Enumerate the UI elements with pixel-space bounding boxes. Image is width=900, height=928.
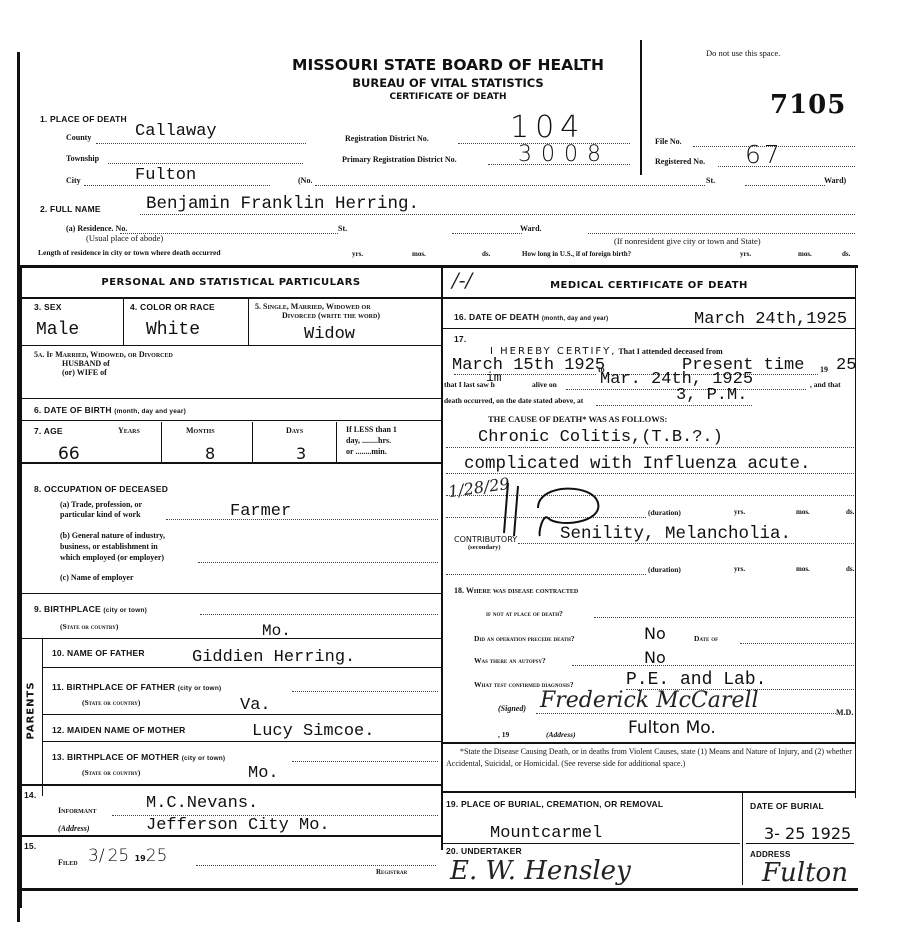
- occ-a-label-1: (a) Trade, profession, or: [60, 500, 142, 509]
- age-months-value: 8: [205, 444, 215, 463]
- row10-bottom: [43, 667, 441, 668]
- filed-num: 15.: [24, 841, 36, 851]
- row9-bottom: [20, 638, 441, 639]
- attended-from-value: March 15th 1925: [452, 356, 605, 375]
- father-state-label: (State or country): [82, 698, 140, 707]
- race-value: White: [146, 320, 200, 340]
- race-label: 4. COLOR OR RACE: [130, 302, 215, 312]
- duration-ds-1: ds.: [846, 508, 854, 516]
- primary-registration-value: 3008: [518, 142, 610, 167]
- death-occurred-label: death occurred, on the date stated above…: [444, 396, 583, 405]
- full-name-value: Benjamin Franklin Herring.: [146, 194, 419, 214]
- residence-st-label: St.: [338, 224, 347, 233]
- occupation-value: Farmer: [230, 502, 291, 521]
- md-label: M.D.: [836, 708, 853, 717]
- header-divider: [640, 40, 642, 175]
- months-days-divider: [252, 422, 253, 462]
- occ-c-label: (c) Name of employer: [60, 573, 134, 582]
- dod-sub-label: (month, day and year): [542, 316, 609, 322]
- form-subtitle: BUREAU OF VITAL STATISTICS: [262, 76, 634, 90]
- birthplace-label-text: 9. BIRTHPLACE: [34, 604, 101, 614]
- filed-date: 3/25 1925: [88, 846, 167, 866]
- us-yrs-label: yrs.: [740, 250, 751, 258]
- secondary-label: (secondary): [468, 544, 501, 551]
- father-birthplace-text: 11. BIRTHPLACE OF FATHER: [52, 682, 175, 692]
- burial-place-underline: [443, 843, 740, 844]
- city-line: [84, 185, 270, 186]
- q18-line: [594, 617, 854, 618]
- county-value: Callaway: [135, 122, 217, 141]
- row11-bottom: [43, 714, 441, 715]
- father-city-sub: (city or town): [178, 685, 222, 692]
- sex-label: 3. SEX: [34, 302, 62, 312]
- registered-no-label: Registered No.: [655, 157, 705, 166]
- mother-name-label: 12. MAIDEN NAME OF MOTHER: [52, 725, 185, 735]
- physician-signature: Frederick McCarell: [540, 688, 759, 713]
- duration-yrs-2: yrs.: [734, 565, 745, 573]
- form-name: CERTIFICATE OF DEATH: [262, 92, 634, 102]
- autopsy-label: Was there an autopsy?: [474, 656, 546, 665]
- age-years-value: 66: [58, 444, 80, 464]
- burial-place-value: Mountcarmel: [490, 824, 602, 843]
- spouse-label-3: (or) WIFE of: [62, 368, 107, 377]
- spouse-label-2: HUSBAND of: [62, 359, 110, 368]
- mother-city-line: [292, 761, 438, 762]
- autopsy-line: [572, 665, 854, 666]
- county-label: County: [66, 133, 91, 142]
- sex-race-divider: [123, 299, 124, 345]
- spouse-label-1: 5a. If Married, Widowed, or Divorced: [34, 350, 173, 359]
- and-that-label: , and that: [810, 380, 841, 389]
- dob-label-text: 6. DATE OF BIRTH: [34, 405, 112, 415]
- personal-section-title: PERSONAL AND STATISTICAL PARTICULARS: [22, 277, 440, 288]
- row7-bottom: [20, 462, 441, 464]
- duration-label-1: (duration): [648, 508, 681, 517]
- township-label: Township: [66, 154, 99, 163]
- residence-ward-label: Ward.: [520, 224, 542, 233]
- attended-text: That I attended deceased from: [618, 347, 722, 356]
- birthplace-state-label: (State or country): [60, 622, 118, 631]
- marital-label-1: 5. Single, Married, Widowed or: [255, 302, 371, 311]
- date-of-line: [740, 643, 854, 644]
- occ-a-label-2: particular kind of work: [60, 510, 141, 519]
- father-name-value: Giddien Herring.: [192, 648, 355, 667]
- cause-2-value: complicated with Influenza acute.: [464, 454, 811, 474]
- us-ds-label: ds.: [842, 250, 850, 258]
- signature-block-bottom: [443, 742, 856, 744]
- date-of-label: Date of: [694, 634, 718, 643]
- city-value: Fulton: [135, 166, 196, 185]
- burial-divider: [742, 793, 743, 885]
- street-no-line: [315, 185, 705, 186]
- undertaker-address-value: Fulton: [762, 858, 848, 888]
- informant-num: 14.: [24, 790, 36, 800]
- place-of-death-label: 1. PLACE OF DEATH: [40, 114, 127, 124]
- row5a-bottom: [20, 398, 441, 399]
- less-than-label-1: If LESS than 1: [346, 425, 397, 434]
- right-column-right-border: [855, 268, 856, 798]
- full-name-label: 2. FULL NAME: [40, 204, 101, 214]
- burial-date-value: 3- 25 1925: [764, 824, 851, 843]
- county-line: [96, 143, 306, 144]
- dob-sub-label: (month, day and year): [114, 408, 186, 415]
- year-19-signed-label: , 19: [498, 730, 509, 739]
- st-label: St.: [706, 176, 715, 185]
- birthplace-city-sub: (city or town): [103, 607, 147, 614]
- age-label: 7. AGE: [34, 426, 63, 436]
- dob-label: 6. DATE OF BIRTH (month, day and year): [34, 405, 186, 415]
- undertaker-signature: E. W. Hensley: [450, 856, 631, 886]
- city-label: City: [66, 176, 81, 185]
- street-no-label: (No.: [298, 176, 312, 185]
- occupation-label: 8. OCCUPATION OF DECEASED: [34, 484, 168, 494]
- informant-address-label: (Address): [58, 824, 90, 833]
- occ-b-label-2: business, or establishment in: [60, 542, 158, 551]
- signed-label: (Signed): [498, 704, 526, 713]
- cause-label: THE CAUSE OF DEATH* WAS AS FOLLOWS:: [488, 414, 667, 424]
- operation-label: Did an operation precede death?: [474, 634, 575, 643]
- q18-label: 18. Where was disease contracted: [454, 586, 578, 595]
- registered-no-value: 67: [745, 140, 783, 169]
- less-than-label-2: day, ........hrs.: [346, 436, 391, 445]
- parents-label-divider: [42, 638, 43, 796]
- primary-registration-label: Primary Registration District No.: [342, 155, 457, 164]
- nonresident-note: (If nonresident give city or town and St…: [614, 236, 761, 246]
- days-less-divider: [336, 422, 337, 462]
- duration-ds-2: ds.: [846, 565, 854, 573]
- duration-mos-1: mos.: [796, 508, 810, 516]
- certificate-number: 7105: [770, 90, 846, 120]
- physician-address-value: Fulton Mo.: [628, 718, 716, 738]
- mother-birthplace-label: 13. BIRTHPLACE OF MOTHER (city or town): [52, 752, 225, 762]
- parents-label: PARENTS: [26, 676, 37, 746]
- mother-birthplace-text: 13. BIRTHPLACE OF MOTHER: [52, 752, 179, 762]
- duration-label-2: (duration): [648, 565, 681, 574]
- last-saw-him-value: im: [486, 370, 502, 385]
- death-time-line: [596, 405, 752, 406]
- row6-bottom: [20, 420, 441, 421]
- occ-b-label-1: (b) General nature of industry,: [60, 531, 165, 540]
- row16-bottom: [443, 328, 856, 329]
- row14-bottom: [20, 835, 441, 837]
- months-label: Months: [186, 426, 215, 435]
- age-days-value: 3: [296, 444, 306, 463]
- township-line: [108, 163, 303, 164]
- test-value: P.E. and Lab.: [626, 670, 766, 690]
- footnote-bottom: [443, 791, 856, 793]
- ward-label: Ward): [824, 176, 846, 185]
- marital-value: Widow: [304, 325, 355, 344]
- registration-district-value: 104: [510, 110, 585, 145]
- alive-on-label: alive on: [532, 380, 557, 389]
- contributory-duration-line: [446, 574, 646, 575]
- residence-ds-label: ds.: [482, 250, 490, 258]
- ward-line: [745, 185, 825, 186]
- how-long-us-label: How long in U.S., if of foreign birth?: [522, 250, 631, 258]
- filed-slash: /: [99, 846, 105, 866]
- filed-month: 3: [88, 846, 99, 866]
- attended-year-value: 25: [836, 356, 856, 375]
- informant-label: Informant: [58, 806, 96, 815]
- filed-year: 25: [146, 846, 168, 866]
- form-title: MISSOURI STATE BOARD OF HEALTH: [262, 56, 634, 74]
- usual-abode-note: (Usual place of abode): [86, 233, 163, 243]
- file-no-label: File No.: [655, 137, 682, 146]
- birthplace-city-line: [200, 614, 438, 615]
- year-19-label: 19: [820, 365, 828, 374]
- contributory-value: Senility, Melancholia.: [560, 524, 791, 544]
- dod-label-text: 16. DATE OF DEATH: [454, 312, 539, 322]
- medical-margin-mark: /-/: [452, 268, 472, 292]
- row8-bottom: [20, 593, 441, 594]
- father-birthplace-label: 11. BIRTHPLACE OF FATHER (city or town): [52, 682, 221, 692]
- mother-name-value: Lucy Simcoe.: [252, 722, 374, 741]
- left-column-right-border: [441, 268, 443, 850]
- q18-sub-label: if not at place of death?: [486, 609, 563, 618]
- row13-bottom: [20, 784, 441, 786]
- informant-address-value: Jefferson City Mo.: [146, 816, 330, 835]
- years-label: Years: [118, 426, 140, 435]
- father-name-label: 10. NAME OF FATHER: [52, 648, 145, 658]
- residence-ward-line: [452, 233, 522, 234]
- residence-yrs-label: yrs.: [352, 250, 363, 258]
- date-of-death-label: 16. DATE OF DEATH (month, day and year): [454, 312, 608, 322]
- registration-district-label: Registration District No.: [345, 134, 429, 143]
- less-than-label-3: or ........min.: [346, 447, 387, 456]
- duration-yrs-1: yrs.: [734, 508, 745, 516]
- filed-label: Filed: [58, 858, 78, 867]
- father-birthplace-state-value: Va.: [240, 696, 271, 715]
- mother-state-label: (State or country): [82, 768, 140, 777]
- days-label: Days: [286, 426, 303, 435]
- burial-place-label: 19. PLACE OF BURIAL, CREMATION, OR REMOV…: [446, 799, 663, 809]
- registrar-line: [196, 865, 436, 866]
- full-name-line: [140, 214, 855, 215]
- length-of-residence-label: Length of residence in city or town wher…: [38, 248, 221, 257]
- mother-birthplace-state-value: Mo.: [248, 764, 279, 783]
- section-title-bottom: [20, 297, 856, 299]
- autopsy-value: No: [644, 648, 666, 667]
- us-mos-label: mos.: [798, 250, 812, 258]
- item-17-num: 17.: [454, 334, 466, 344]
- do-not-use-note: Do not use this space.: [706, 48, 780, 58]
- physician-address-label: (Address): [546, 730, 576, 739]
- date-of-death-value: March 24th,1925: [694, 310, 847, 329]
- footnote: *State the Disease Causing Death, or in …: [446, 746, 854, 770]
- burial-date-underline: [746, 843, 854, 844]
- nonresident-line: [588, 233, 855, 234]
- left-column-left-border: [20, 268, 22, 908]
- cause-1-line: [446, 447, 854, 448]
- occ-a-line: [166, 519, 438, 520]
- contributory-label: CONTRIBUTORY: [454, 535, 517, 544]
- burial-date-label: DATE OF BURIAL: [750, 801, 824, 811]
- years-months-divider: [161, 422, 162, 462]
- filed-day: 25: [108, 846, 130, 866]
- operation-value: No: [644, 624, 666, 643]
- registered-no-line: [718, 166, 855, 167]
- father-city-line: [292, 691, 438, 692]
- row12-bottom: [43, 741, 441, 742]
- marital-label-2: Divorced (write the word): [282, 311, 380, 320]
- occ-b-line: [198, 562, 438, 563]
- residence-label: (a) Residence. No.: [66, 224, 127, 233]
- occ-b-label-3: which employed (or employer): [60, 553, 164, 562]
- filed-19: 19: [135, 854, 146, 863]
- sex-value: Male: [36, 320, 79, 340]
- residence-mos-label: mos.: [412, 250, 426, 258]
- duration-mos-2: mos.: [796, 565, 810, 573]
- mother-city-sub: (city or town): [182, 755, 226, 762]
- medical-section-title: MEDICAL CERTIFICATE OF DEATH: [444, 280, 854, 291]
- form-bottom-border: [18, 888, 858, 891]
- informant-value: M.C.Nevans.: [146, 794, 258, 813]
- registrar-label: Registrar: [376, 868, 407, 876]
- main-grid-top-border: [18, 265, 858, 268]
- row3-bottom: [20, 345, 441, 346]
- race-marital-divider: [248, 299, 249, 345]
- undertaker-label: 20. UNDERTAKER: [446, 846, 522, 856]
- death-time-value: 3, P.M.: [676, 386, 747, 405]
- birthplace-label: 9. BIRTHPLACE (city or town): [34, 604, 147, 614]
- signature-line: [536, 713, 836, 714]
- cause-1-value: Chronic Colitis,(T.B.?.): [478, 428, 723, 447]
